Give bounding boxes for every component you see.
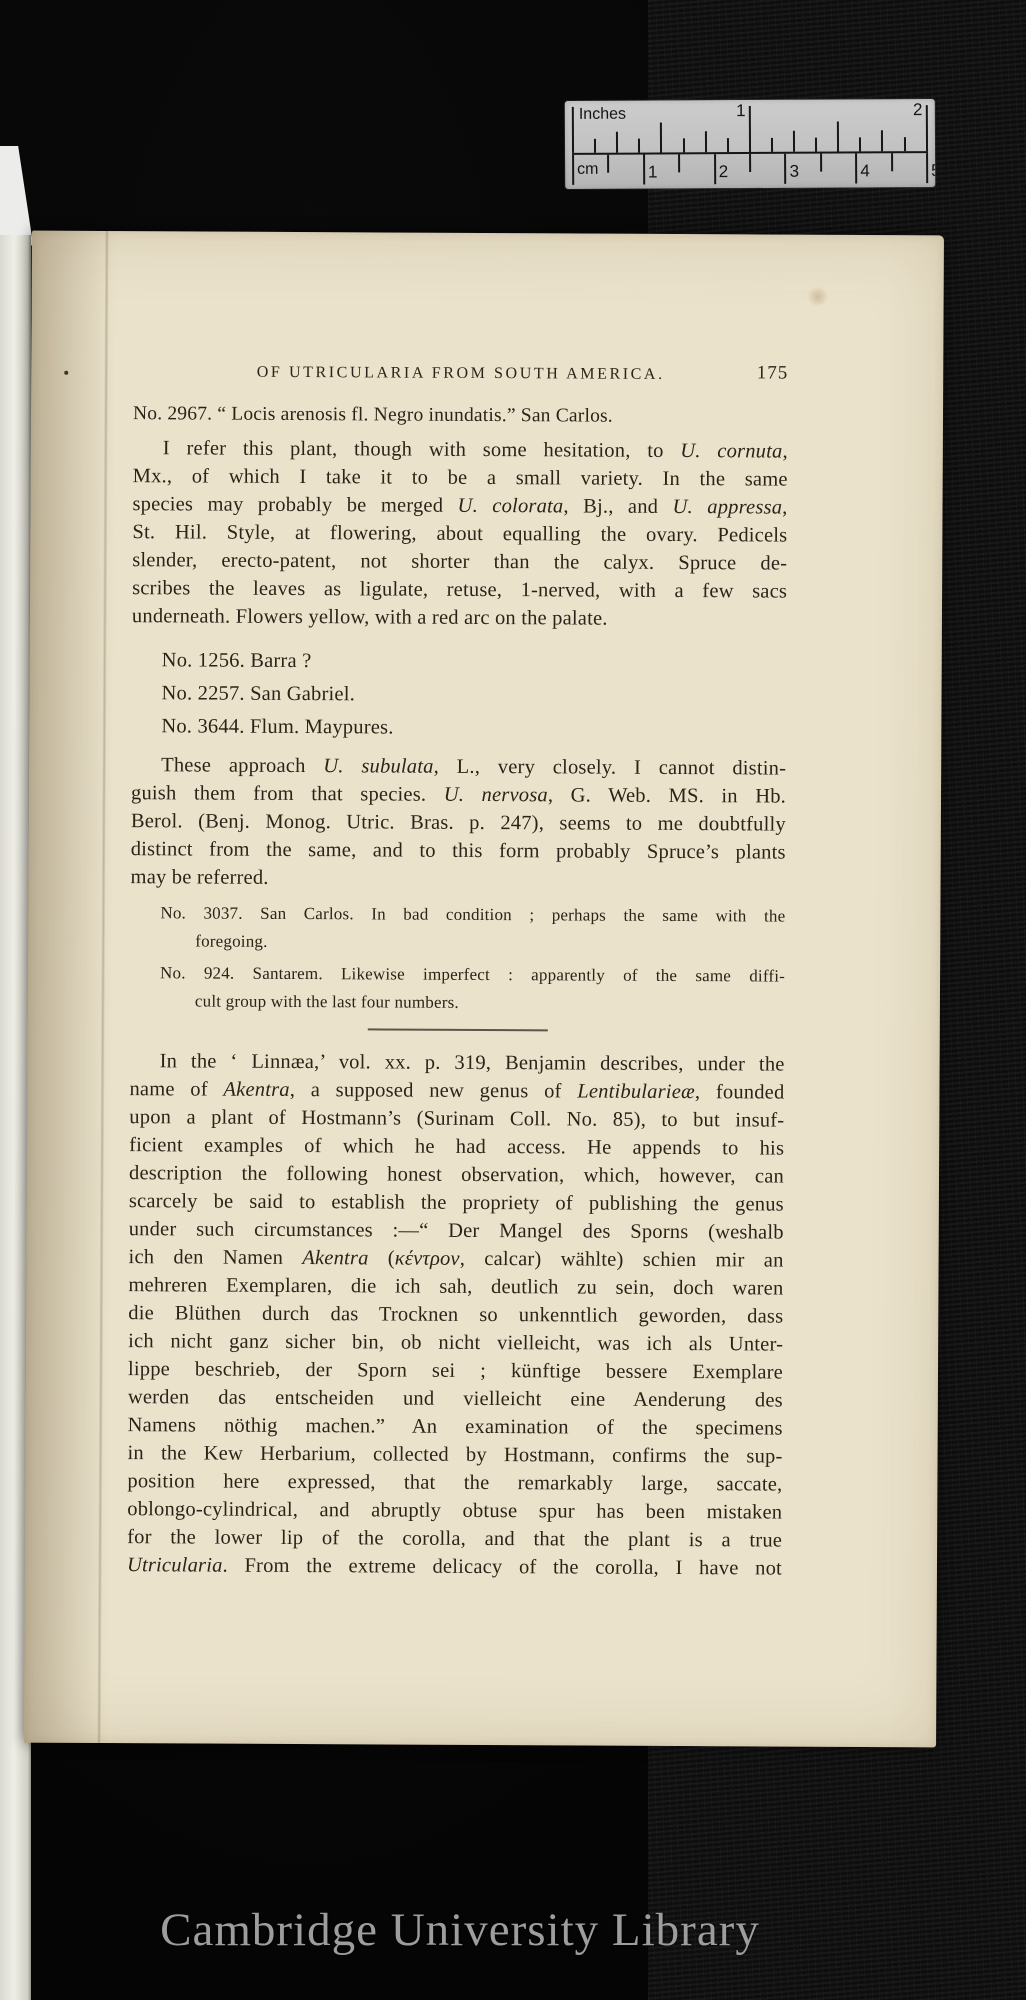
ruler-tick xyxy=(784,154,786,184)
text-line: in the Kew Herbarium, collected by Hostm… xyxy=(127,1439,782,1470)
text-line: scribes the leaves as ligulate, retuse, … xyxy=(132,574,787,605)
text-line: St. Hil. Style, at flowering, about equa… xyxy=(132,518,787,549)
ruler-tick xyxy=(714,154,716,184)
text-line: oblongo-cylindrical, and abruptly obtuse… xyxy=(127,1495,782,1526)
text-line: description the following honest observa… xyxy=(129,1159,784,1190)
ruler-tick xyxy=(727,138,729,152)
text-line: for the lower lip of the corolla, and th… xyxy=(127,1523,782,1554)
text-line: In the ‘ Linnæa,’ vol. xx. p. 319, Benja… xyxy=(130,1047,785,1078)
ruler-tick xyxy=(837,122,839,152)
ruler-inch-number: 2 xyxy=(905,101,922,118)
text-block-list: No. 1256. Barra ?No. 2257. San Gabriel.N… xyxy=(131,644,787,746)
ruler-tick xyxy=(749,154,751,172)
text-line: mehreren Exemplaren, die ich sah, deutli… xyxy=(128,1271,783,1302)
running-header: OF UTRICULARIA FROM SOUTH AMERICA. xyxy=(257,364,665,383)
ruler-tick xyxy=(572,107,574,153)
text-line: species may probably be merged U. colora… xyxy=(132,490,787,521)
measurement-ruler: Inches cm 1212345 xyxy=(565,99,935,189)
text-line: position here expressed, that the remark… xyxy=(127,1467,782,1498)
text-line: foregoing. xyxy=(130,927,785,958)
text-block-para: I refer this plant, though with some hes… xyxy=(132,434,788,633)
ruler-tick xyxy=(678,154,680,172)
ruler-tick xyxy=(891,153,893,171)
ruler-cm-number: 2 xyxy=(719,163,729,180)
ruler-tick xyxy=(682,138,684,152)
running-header-row: OF UTRICULARIA FROM SOUTH AMERICA. 175 xyxy=(133,360,788,387)
text-line: underneath. Flowers yellow, with a red a… xyxy=(132,602,787,633)
ruler-tick xyxy=(643,155,645,185)
text-line: Berol. (Benj. Monog. Utric. Bras. p. 247… xyxy=(131,807,786,838)
ruler-tick xyxy=(855,153,857,183)
page-stain xyxy=(807,287,829,307)
text-line: scarcely be said to establish the propri… xyxy=(129,1187,784,1218)
text-line: No. 3037. San Carlos. In bad condition ;… xyxy=(130,899,785,930)
text-line: distinct from the same, and to this form… xyxy=(131,835,786,866)
page-text: OF UTRICULARIA FROM SOUTH AMERICA. 175 N… xyxy=(127,360,788,1582)
text-line: Utricularia. From the extreme delicacy o… xyxy=(127,1551,782,1582)
text-block-rule xyxy=(130,1027,785,1034)
ruler-cm-number: 1 xyxy=(648,163,658,180)
page-number: 175 xyxy=(757,361,789,385)
text-line: These approach U. subulata, L., very clo… xyxy=(131,751,786,782)
ruler-tick xyxy=(903,137,905,151)
ruler-tick xyxy=(859,137,861,151)
ruler-tick xyxy=(616,132,618,153)
text-line: werden das entscheiden und vielleicht ei… xyxy=(128,1383,783,1414)
text-block-para: In the ‘ Linnæa,’ vol. xx. p. 319, Benja… xyxy=(127,1047,785,1582)
text-line: slender, erecto-patent, not shorter than… xyxy=(132,546,787,577)
text-line: die Blüthen durch das Trocknen so unkenn… xyxy=(128,1299,783,1330)
ruler-tick xyxy=(660,122,662,152)
text-line: guish them from that species. U. nervosa… xyxy=(131,779,786,810)
ruler-tick xyxy=(607,155,609,173)
ruler-tick xyxy=(815,138,817,152)
ruler-inches-label: Inches xyxy=(579,106,626,124)
text-blocks: No. 2967. “ Locis arenosis fl. Negro inu… xyxy=(127,400,788,1582)
text-line: cult group with the last four numbers. xyxy=(130,987,785,1018)
ruler-inch-number: 1 xyxy=(729,102,746,119)
text-line: No. 2967. “ Locis arenosis fl. Negro inu… xyxy=(133,400,788,431)
text-line: upon a plant of Hostmann’s (Surinam Coll… xyxy=(129,1103,784,1134)
text-block-small: No. 3037. San Carlos. In bad condition ;… xyxy=(130,899,785,958)
text-line: ich nicht ganz sicher bin, ob nicht viel… xyxy=(128,1327,783,1358)
text-line: No. 2257. San Gabriel. xyxy=(161,677,786,713)
ruler-tick xyxy=(749,106,751,152)
ruler-tick xyxy=(572,155,574,185)
text-line: Mx., of which I take it to be a small va… xyxy=(133,462,788,493)
ruler-tick xyxy=(881,130,883,151)
text-block-small: No. 924. Santarem. Likewise imperfect : … xyxy=(130,959,785,1018)
book-page: OF UTRICULARIA FROM SOUTH AMERICA. 175 N… xyxy=(24,231,944,1748)
ruler-cm-number: 3 xyxy=(789,163,799,180)
ruler-tick xyxy=(925,105,927,151)
text-line: I refer this plant, though with some hes… xyxy=(133,434,788,465)
text-line: ficient examples of which he had access.… xyxy=(129,1131,784,1162)
ruler-tick xyxy=(926,153,928,183)
ruler-tick xyxy=(793,131,795,152)
ruler-cm-number: 4 xyxy=(860,162,870,179)
text-block-no-line: No. 2967. “ Locis arenosis fl. Negro inu… xyxy=(133,400,788,431)
ruler-tick xyxy=(705,131,707,152)
text-line: lippe beschrieb, der Sporn sei ; künftig… xyxy=(128,1355,783,1386)
text-line: under such circumstances :—“ Der Mangel … xyxy=(129,1215,784,1246)
ruler-cm-label: cm xyxy=(577,161,598,179)
ruler-cm-number: 5 xyxy=(931,162,935,179)
ruler-tick xyxy=(638,139,640,153)
library-stamp: Cambridge University Library xyxy=(60,1903,860,1957)
text-line: No. 924. Santarem. Likewise imperfect : … xyxy=(130,959,785,990)
ruler-tick xyxy=(594,139,596,153)
ruler-tick xyxy=(771,138,773,152)
text-line: Namens nöthig machen.” An examination of… xyxy=(128,1411,783,1442)
text-line: ich den Namen Akentra (κέντρον, calcar) … xyxy=(129,1243,784,1274)
text-line: name of Akentra, a supposed new genus of… xyxy=(129,1075,784,1106)
text-line: No. 3644. Flum. Maypures. xyxy=(161,710,786,746)
page-speck xyxy=(64,371,68,375)
text-line: may be referred. xyxy=(131,863,786,894)
ruler-tick xyxy=(820,154,822,172)
text-block-para: These approach U. subulata, L., very clo… xyxy=(131,751,787,894)
text-line: No. 1256. Barra ? xyxy=(162,644,787,680)
section-divider-rule xyxy=(367,1028,547,1031)
